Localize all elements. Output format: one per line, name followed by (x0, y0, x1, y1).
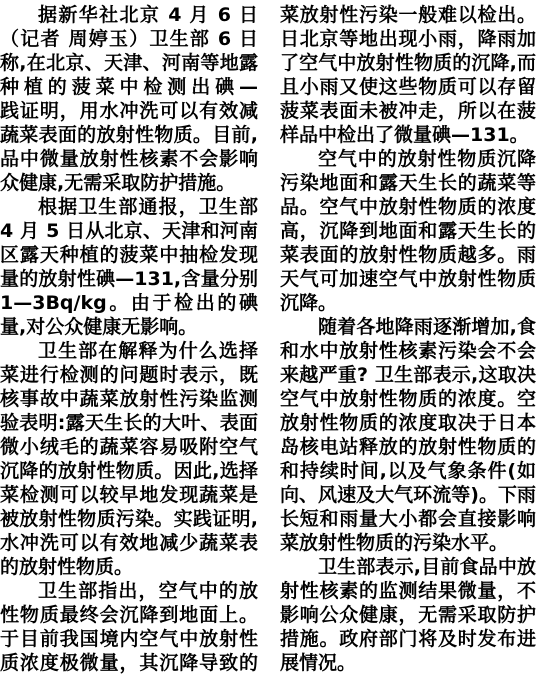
text-line: 空气中的放射性物质沉降可 (280, 147, 536, 171)
text-line: 卫生部在解释为什么选择菠 (0, 339, 258, 363)
text-line: 核事故中蔬菜放射性污染监测经 (0, 387, 258, 411)
text-line: 和水中放射性核素污染会不会越 (280, 339, 536, 363)
text-line: 岛核电站释放的放射性物质的量 (280, 435, 536, 459)
text-line: 样品中检出了微量碘—131。 (280, 123, 536, 147)
text-line: （记者 周婷玉）卫生部 6 日通报 (0, 27, 258, 51)
text-line: 和持续时间,以及气象条件(如风 (280, 459, 536, 483)
text-line: 放射性物质的浓度取决于日本福 (280, 411, 536, 435)
text-line: 4 月 5 日从北京、天津和河南地 (0, 219, 258, 243)
text-line: 措施。政府部门将及时发布进 (280, 627, 536, 651)
text-line: 称,在北京、天津、河南等地露天 (0, 51, 258, 75)
text-line: 量,对公众健康无影响。 (0, 315, 258, 339)
text-line: 品。空气中放射性物质的浓度越 (280, 195, 536, 219)
text-line: 众健康,无需采取防护措施。 (0, 171, 258, 195)
text-line: 被放射性物质污染。实践证明,用 (0, 507, 258, 531)
text-line: 长短和雨量大小都会直接影响蔬 (280, 507, 536, 531)
text-line: 水冲洗可以有效地减少蔬菜表面 (0, 531, 258, 555)
text-line: 了空气中放射性物质的沉降,而 (280, 51, 536, 75)
text-line: 天气可加速空气中放射性物质的 (280, 267, 536, 291)
text-line: 品中微量放射性核素不会影响公 (0, 147, 258, 171)
text-line: 菠菜表面未被冲走，所以在菠菜 (280, 99, 536, 123)
text-line: 菜放射性物质的污染水平。 (280, 531, 536, 555)
text-line: 量的放射性碘—131,含量分别为 (0, 267, 258, 291)
text-line: 区露天种植的菠菜中抽检发现微 (0, 243, 258, 267)
text-line: 于目前我国境内空气中放射性物 (0, 627, 258, 651)
text-line: 质浓度极微量，其沉降导致的蔬 (0, 651, 258, 675)
text-line: 微小绒毛的蔬菜容易吸附空气中 (0, 435, 258, 459)
article-column-right: 菜放射性污染一般难以检出。近日北京等地出现小雨，降雨加速了空气中放射性物质的沉降… (280, 3, 536, 676)
text-line: 向、风速及大气环流等)。下雨时间 (280, 483, 536, 507)
text-line: 高，沉降到地面和露天生长的蔬 (280, 219, 536, 243)
article-column-left: 据新华社北京 4 月 6 日电（记者 周婷玉）卫生部 6 日通报称,在北京、天津… (0, 3, 258, 676)
news-article-page: 据新华社北京 4 月 6 日电（记者 周婷玉）卫生部 6 日通报称,在北京、天津… (0, 0, 536, 676)
text-line: 的放射性物质。 (0, 555, 258, 579)
text-line: 卫生部指出，空气中的放射 (0, 579, 258, 603)
text-line: 影响公众健康，无需采取防护 (280, 603, 536, 627)
text-line: 菜表面的放射性物质越多。雨雪 (280, 243, 536, 267)
text-line: 空气中放射性物质的浓度。空气中 (280, 387, 536, 411)
text-line: 据新华社北京 4 月 6 日电 (0, 3, 258, 27)
text-line: 展情况。 (280, 651, 536, 675)
text-line: 性物质最终会沉降到地面上。由 (0, 603, 258, 627)
text-line: 菜放射性污染一般难以检出。近 (280, 3, 536, 27)
text-line: 日北京等地出现小雨，降雨加速 (280, 27, 536, 51)
text-line: 且小雨又使这些物质可以存留在 (280, 75, 536, 99)
text-line: 卫生部表示,目前食品中放 (280, 555, 536, 579)
text-line: 种植的菠菜中检测出碘—131。实 (0, 75, 258, 99)
text-line: 根据卫生部通报，卫生部门 (0, 195, 258, 219)
text-line: 验表明:露天生长的大叶、表面有 (0, 411, 258, 435)
text-line: 蔬菜表面的放射性物质。目前,食 (0, 123, 258, 147)
text-line: 践证明，用水冲洗可以有效减少 (0, 99, 258, 123)
text-line: 污染地面和露天生长的蔬菜等食 (280, 171, 536, 195)
text-line: 沉降的放射性物质。因此,选择菠 (0, 459, 258, 483)
text-line: 随着各地降雨逐渐增加,食品 (280, 315, 536, 339)
text-line: 来越严重? 卫生部表示,这取决于 (280, 363, 536, 387)
text-line: 菜进行检测的问题时表示，既往 (0, 363, 258, 387)
text-line: 1—3Bq/kg。由于检出的碘—131 微 (0, 291, 258, 315)
text-line: 菜检测可以较早地发现蔬菜是否 (0, 483, 258, 507)
text-line: 沉降。 (280, 291, 536, 315)
text-line: 射性核素的监测结果微量，不会 (280, 579, 536, 603)
